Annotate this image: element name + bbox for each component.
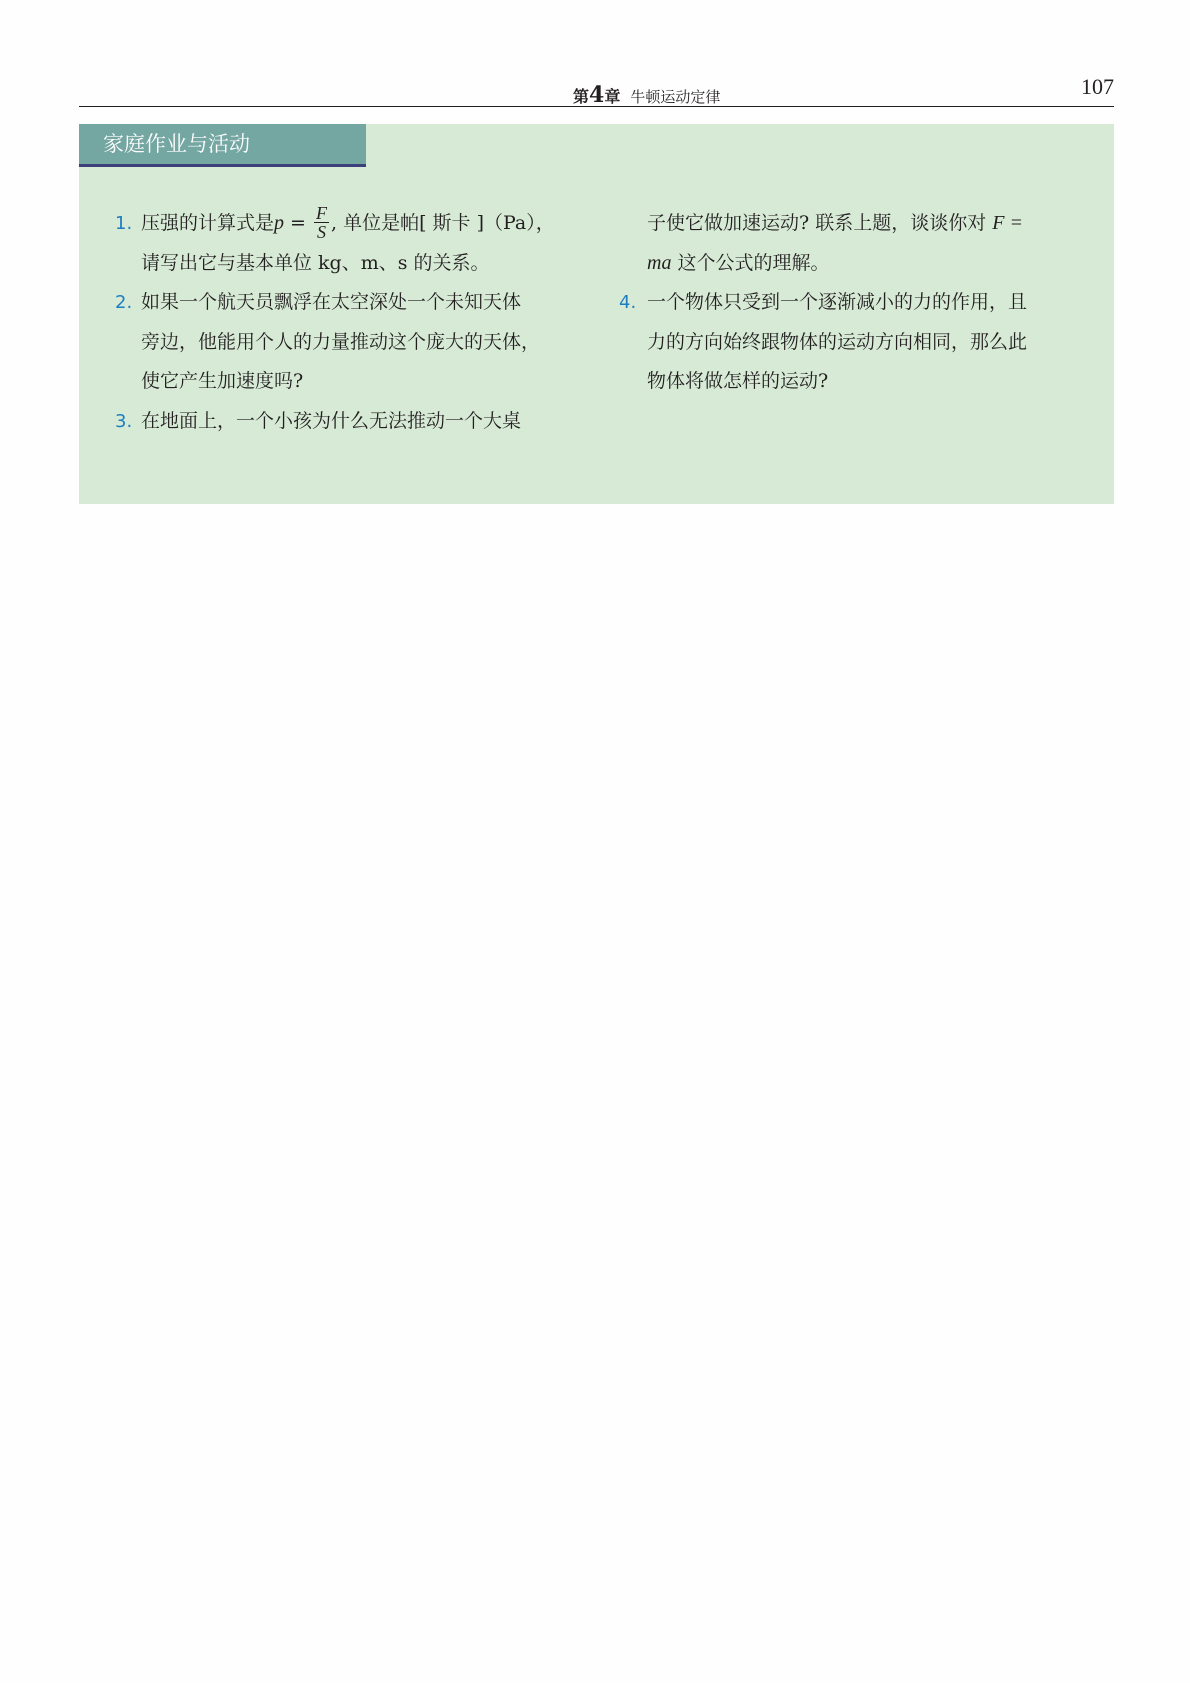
question-4: 4. 一个物体只受到一个逐渐减小的力的作用，且 力的方向始终跟物体的运动方向相同… <box>621 283 1091 402</box>
formula-ma: ma <box>647 252 671 274</box>
chapter-number: 4 <box>589 82 604 108</box>
chapter-heading: 第4章牛顿运动定律 <box>573 82 720 108</box>
chapter-title: 牛顿运动定律 <box>630 88 720 106</box>
question-3-continued: 子使它做加速运动? 联系上题，谈谈你对 F = ma 这个公式的理解。 <box>621 204 1091 283</box>
question-line: 子使它做加速运动? 联系上题，谈谈你对 F = <box>647 204 1091 244</box>
fraction-denominator: S <box>314 223 329 241</box>
question-line: 压强的计算式是p = FS, 单位是帕[ 斯卡 ]（Pa）， <box>141 204 585 244</box>
question-line: 请写出它与基本单位 kg、m、s 的关系。 <box>141 244 585 284</box>
question-3: 3. 在地面上，一个小孩为什么无法推动一个大桌 <box>115 402 585 442</box>
question-number: 3. <box>115 402 132 442</box>
chapter-prefix: 第 <box>573 87 589 106</box>
homework-panel: 家庭作业与活动 1. 压强的计算式是p = FS, 单位是帕[ 斯卡 ]（Pa）… <box>79 124 1114 504</box>
question-text: 子使它做加速运动? 联系上题，谈谈你对 <box>647 212 986 234</box>
panel-title: 家庭作业与活动 <box>79 124 366 167</box>
question-text: 这个公式的理解。 <box>671 252 829 274</box>
formula-equals: = <box>284 212 312 234</box>
fraction-numerator: F <box>314 204 329 223</box>
page-number: 107 <box>1081 74 1114 100</box>
question-1: 1. 压强的计算式是p = FS, 单位是帕[ 斯卡 ]（Pa）， 请写出它与基… <box>115 204 585 283</box>
formula-p: p <box>274 212 284 234</box>
question-number: 1. <box>115 204 132 244</box>
left-column: 1. 压强的计算式是p = FS, 单位是帕[ 斯卡 ]（Pa）， 请写出它与基… <box>115 204 585 441</box>
question-line: 使它产生加速度吗? <box>141 362 585 402</box>
question-line: 物体将做怎样的运动? <box>647 362 1091 402</box>
question-2: 2. 如果一个航天员飘浮在太空深处一个未知天体 旁边，他能用个人的力量推动这个庞… <box>115 283 585 402</box>
right-column: 子使它做加速运动? 联系上题，谈谈你对 F = ma 这个公式的理解。 4. 一… <box>621 204 1091 402</box>
running-head: 第4章牛顿运动定律 107 <box>79 70 1114 107</box>
question-line: 一个物体只受到一个逐渐减小的力的作用，且 <box>647 283 1091 323</box>
question-line: 如果一个航天员飘浮在太空深处一个未知天体 <box>141 283 585 323</box>
question-text: 压强的计算式是 <box>141 212 274 234</box>
question-line: 在地面上，一个小孩为什么无法推动一个大桌 <box>141 402 585 442</box>
question-line: 力的方向始终跟物体的运动方向相同，那么此 <box>647 323 1091 363</box>
formula-fraction: FS <box>314 204 329 241</box>
question-line: 旁边，他能用个人的力量推动这个庞大的天体， <box>141 323 585 363</box>
formula-f-equals: F = <box>992 212 1023 234</box>
question-line: ma 这个公式的理解。 <box>647 244 1091 284</box>
question-number: 2. <box>115 283 132 323</box>
chapter-suffix: 章 <box>604 87 620 106</box>
question-text: , 单位是帕[ 斯卡 ]（Pa）， <box>331 212 555 234</box>
question-number: 4. <box>619 283 636 323</box>
